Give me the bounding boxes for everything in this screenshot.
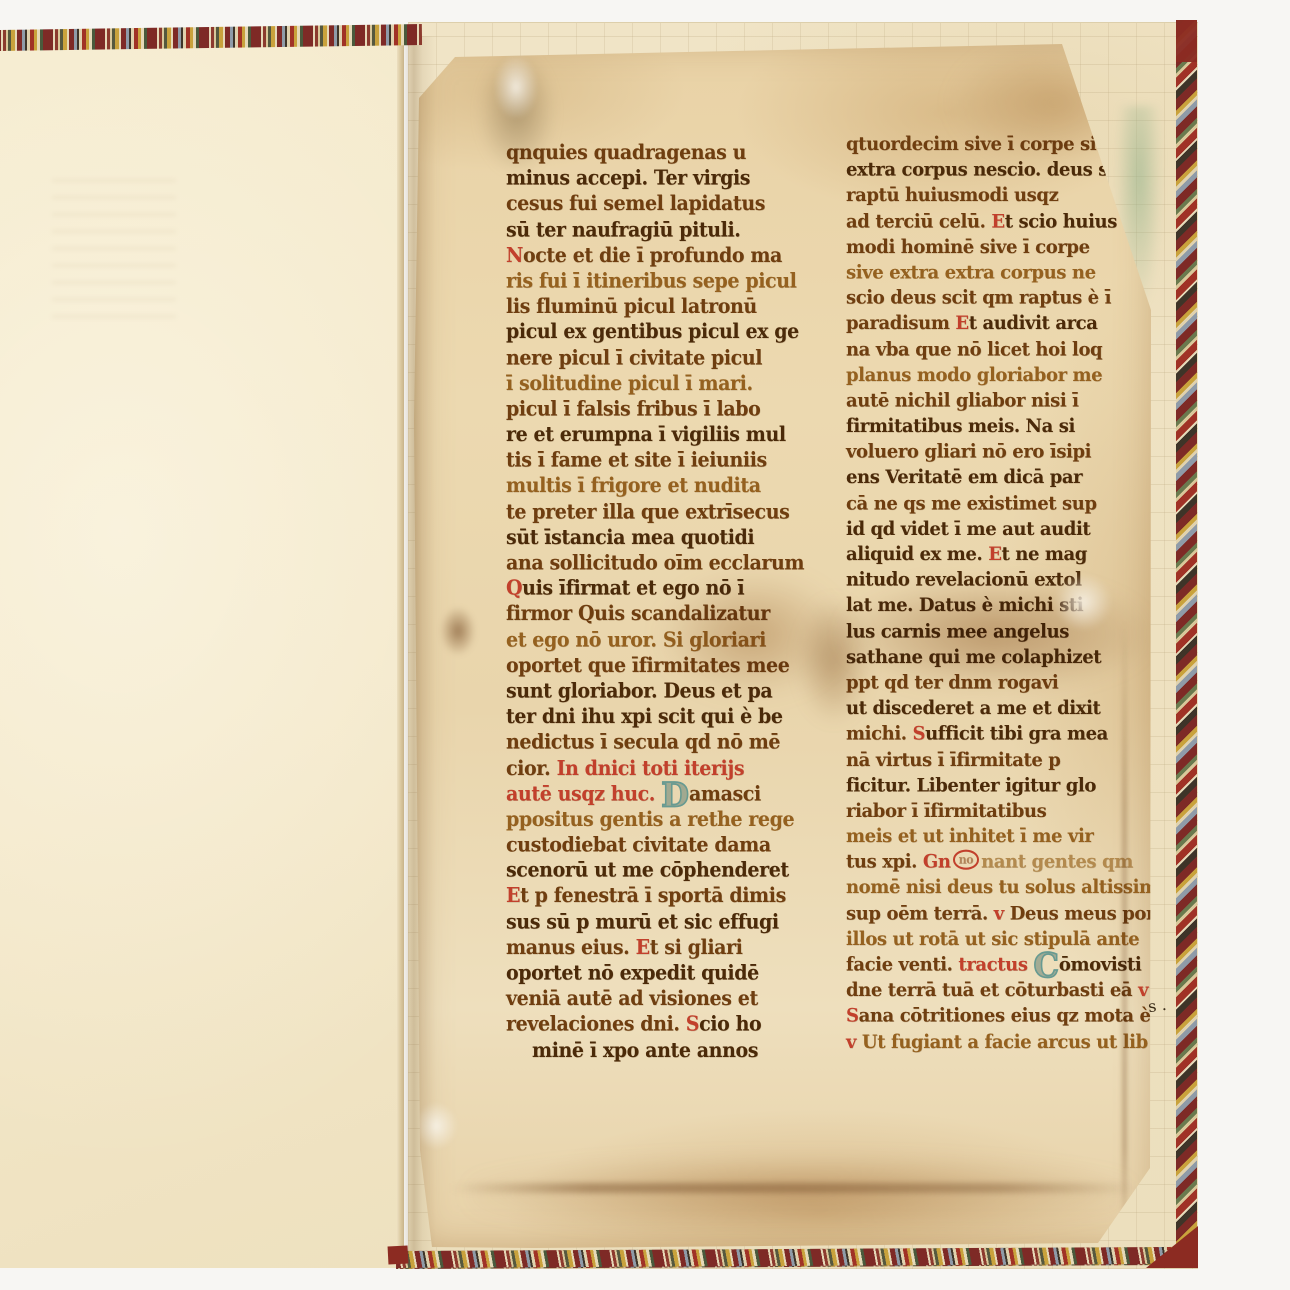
text-column-right: qtuordecim sive ī corpe siveextra corpus… bbox=[846, 132, 1168, 1055]
leather-corner-bottom-left bbox=[388, 1245, 409, 1264]
gutter-shadow bbox=[402, 36, 436, 1266]
left-endpaper-page bbox=[0, 40, 400, 1268]
marbled-board-edge-right bbox=[1176, 20, 1197, 1266]
text-column-left: qnquies quadragenas uminus accepi. Ter v… bbox=[506, 140, 836, 1063]
photograph-of-manuscript-in-book: qnquies quadragenas uminus accepi. Ter v… bbox=[0, 0, 1290, 1290]
gutter-ink-mark: s . bbox=[1147, 995, 1168, 1016]
showthrough-text-block bbox=[52, 168, 176, 318]
vellum-manuscript-leaf: qnquies quadragenas uminus accepi. Ter v… bbox=[414, 40, 1154, 1250]
